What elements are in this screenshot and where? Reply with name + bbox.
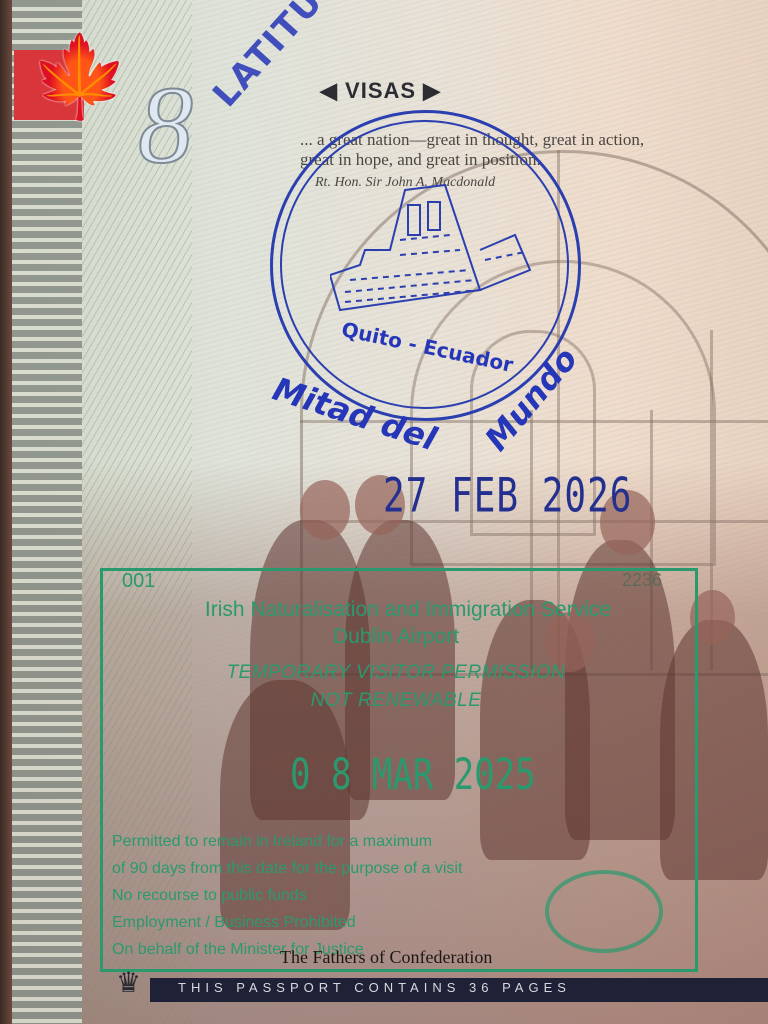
green-stamp-renewal: NOT RENEWABLE [100,690,692,712]
page-number: 8 [138,70,193,180]
green-stamp-serial-right: 2236 [622,570,662,591]
green-stamp-condition: Employment / Business Prohibited [112,911,356,935]
blue-stamp-date: 27 FEB 2026 [383,470,632,523]
green-stamp-permission-type: TEMPORARY VISITOR PERMISSION [100,662,692,684]
crown-icon: ♛ [116,970,141,998]
passport-visa-page: 🍁 8 ◀ VISAS ▶ ... a great nation—great i… [0,0,768,1024]
green-stamp-agency: Irish Naturalisation and Immigration Ser… [128,598,688,622]
security-strip [12,0,82,1024]
harp-seal-icon [545,870,663,953]
visas-header: ◀ VISAS ▶ [320,78,441,104]
page-binding-edge [0,0,12,1024]
green-stamp-office: Dublin Airport [100,625,692,649]
green-stamp-date: 0 8 MAR 2025 [290,750,536,800]
footer-page-count: THIS PASSPORT CONTAINS 36 PAGES [178,980,571,995]
maple-leaf-icon: 🍁 [30,38,130,118]
green-stamp-serial-left: 001 [122,570,155,593]
monument-icon [330,180,540,320]
figure-head [300,480,350,540]
green-stamp-condition: Permitted to remain in Ireland for a max… [112,830,432,854]
visas-label: VISAS [345,78,416,103]
green-stamp-condition: No recourse to public funds [112,884,307,908]
illustration-caption: The Fathers of Confederation [280,947,492,968]
green-stamp-condition: of 90 days from this date for the purpos… [112,857,462,881]
